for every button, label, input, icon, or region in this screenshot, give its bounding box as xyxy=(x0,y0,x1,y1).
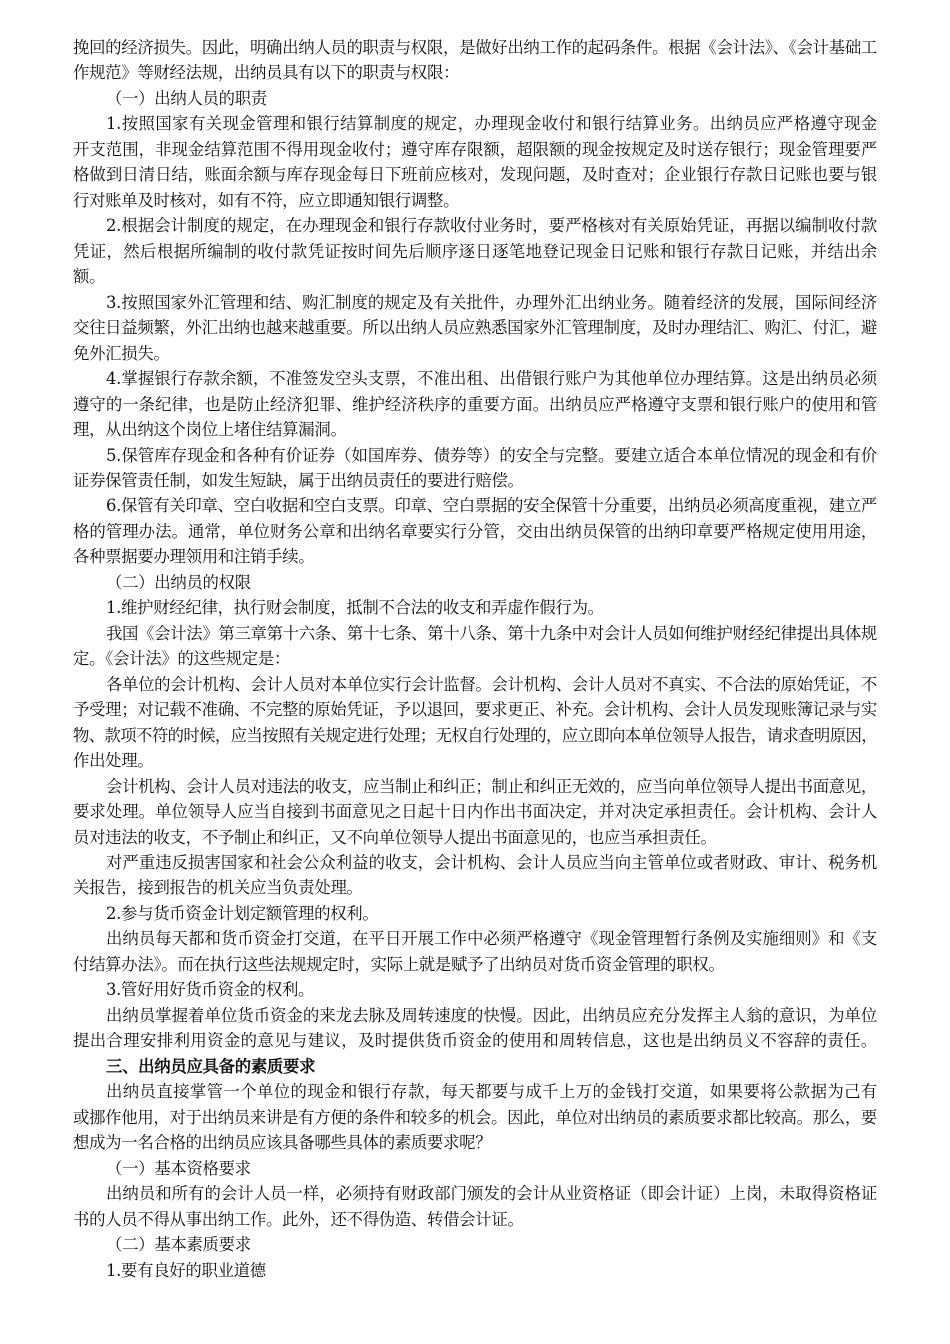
text-line: 证券保管责任制，如发生短缺，属于出纳员责任的要进行赔偿。 xyxy=(73,468,877,493)
text-line: 出纳员掌握着单位货币资金的来龙去脉及周转速度的快慢。因此，出纳员应充分发挥主人翁… xyxy=(73,1003,877,1028)
text-line: 理，从出纳这个岗位上堵住结算漏洞。 xyxy=(73,417,877,442)
text-line: 予受理；对记载不准确、不完整的原始凭证，予以退回，要求更正、补充。会计机构、会计… xyxy=(73,697,877,722)
text-line: 3.按照国家外汇管理和结、购汇制度的规定及有关批件，办理外汇出纳业务。随着经济的… xyxy=(73,290,877,315)
document-page: 挽回的经济损失。因此，明确出纳人员的职责与权限，是做好出纳工作的起码条件。根据《… xyxy=(73,35,877,1283)
text-line: 提出合理安排利用资金的意见与建议，及时提供货币资金的使用和周转信息，这也是出纳员… xyxy=(73,1028,877,1053)
text-line: 1.要有良好的职业道德 xyxy=(73,1258,877,1283)
text-line: 2.参与货币资金计划定额管理的权利。 xyxy=(73,901,877,926)
section-heading: 三、出纳员应具备的素质要求 xyxy=(73,1054,877,1079)
text-line: 要求处理。单位领导人应当自接到书面意见之日起十日内作出书面决定，并对决定承担责任… xyxy=(73,799,877,824)
text-line: 出纳员和所有的会计人员一样，必须持有财政部门颁发的会计从业资格证（即会计证）上岗… xyxy=(73,1181,877,1206)
text-line: 凭证，然后根据所编制的收付款凭证按时间先后顺序逐日逐笔地登记现金日记账和银行存款… xyxy=(73,239,877,264)
text-line: 各种票据要办理领用和注销手续。 xyxy=(73,544,877,569)
text-line: 免外汇损失。 xyxy=(73,341,877,366)
text-line: 遵守的一条纪律，也是防止经济犯罪、维护经济秩序的重要方面。出纳员应严格遵守支票和… xyxy=(73,392,877,417)
text-line: 出纳员每天都和货币资金打交道，在平日开展工作中必须严格遵守《现金管理暂行条例及实… xyxy=(73,926,877,951)
text-line: 想成为一名合格的出纳员应该具备哪些具体的素质要求呢？ xyxy=(73,1130,877,1155)
text-line: 3.管好用好货币资金的权利。 xyxy=(73,977,877,1002)
text-line: 定。《会计法》的这些规定是： xyxy=(73,646,877,671)
text-line: 付结算办法》。而在执行这些法规规定时，实际上就是赋予了出纳员对货币资金管理的职权… xyxy=(73,952,877,977)
text-line: 会计机构、会计人员对违法的收支，应当制止和纠正；制止和纠正无效的，应当向单位领导… xyxy=(73,774,877,799)
text-line: 2.根据会计制度的规定，在办理现金和银行存款收付业务时，要严格核对有关原始凭证，… xyxy=(73,213,877,238)
text-line: 关报告，接到报告的机关应当负责处理。 xyxy=(73,875,877,900)
text-line: 格的管理办法。通常，单位财务公章和出纳名章要实行分管，交由出纳员保管的出纳印章要… xyxy=(73,519,877,544)
text-line: 作出处理。 xyxy=(73,748,877,773)
text-line: （二）基本素质要求 xyxy=(73,1232,877,1257)
text-line: 交往日益频繁，外汇出纳也越来越重要。所以出纳人员应熟悉国家外汇管理制度，及时办理… xyxy=(73,315,877,340)
text-line: 物、款项不符的时候，应当按照有关规定进行处理；无权自行处理的，应立即向本单位领导… xyxy=(73,723,877,748)
text-line: 5.保管库存现金和各种有价证券（如国库券、债券等）的安全与完整。要建立适合本单位… xyxy=(73,443,877,468)
text-line: 额。 xyxy=(73,264,877,289)
text-line: 挽回的经济损失。因此，明确出纳人员的职责与权限，是做好出纳工作的起码条件。根据《… xyxy=(73,35,877,60)
text-line: 1.维护财经纪律，执行财会制度，抵制不合法的收支和弄虚作假行为。 xyxy=(73,595,877,620)
text-line: 行对账单及时核对，如有不符，应立即通知银行调整。 xyxy=(73,188,877,213)
text-line: 各单位的会计机构、会计人员对本单位实行会计监督。会计机构、会计人员对不真实、不合… xyxy=(73,672,877,697)
text-line: 我国《会计法》第三章第十六条、第十七条、第十八条、第十九条中对会计人员如何维护财… xyxy=(73,621,877,646)
text-line: 员对违法的收支，不予制止和纠正，又不向单位领导人提出书面意见的，也应当承担责任。 xyxy=(73,825,877,850)
text-line: 书的人员不得从事出纳工作。此外，还不得伪造、转借会计证。 xyxy=(73,1207,877,1232)
text-line: 6.保管有关印章、空白收据和空白支票。印章、空白票据的安全保管十分重要，出纳员必… xyxy=(73,493,877,518)
text-line: 4.掌握银行存款余额，不准签发空头支票，不准出租、出借银行账户为其他单位办理结算… xyxy=(73,366,877,391)
text-line: 1.按照国家有关现金管理和银行结算制度的规定，办理现金收付和银行结算业务。出纳员… xyxy=(73,111,877,136)
text-line: 对严重违反损害国家和社会公众利益的收支，会计机构、会计人员应当向主管单位或者财政… xyxy=(73,850,877,875)
text-line: 作规范》等财经法规，出纳员具有以下的职责与权限： xyxy=(73,60,877,85)
text-line: 开支范围，非现金结算范围不得用现金收付；遵守库存限额，超限额的现金按规定及时送存… xyxy=(73,137,877,162)
text-line: （二）出纳员的权限 xyxy=(73,570,877,595)
text-line: 或挪作他用，对于出纳员来讲是有方便的条件和较多的机会。因此，单位对出纳员的素质要… xyxy=(73,1105,877,1130)
text-line: （一）基本资格要求 xyxy=(73,1156,877,1181)
text-line: （一）出纳人员的职责 xyxy=(73,86,877,111)
text-line: 格做到日清日结，账面余额与库存现金每日下班前应核对，发现问题，及时查对；企业银行… xyxy=(73,162,877,187)
text-line: 出纳员直接掌管一个单位的现金和银行存款，每天都要与成千上万的金钱打交道，如果要将… xyxy=(73,1079,877,1104)
